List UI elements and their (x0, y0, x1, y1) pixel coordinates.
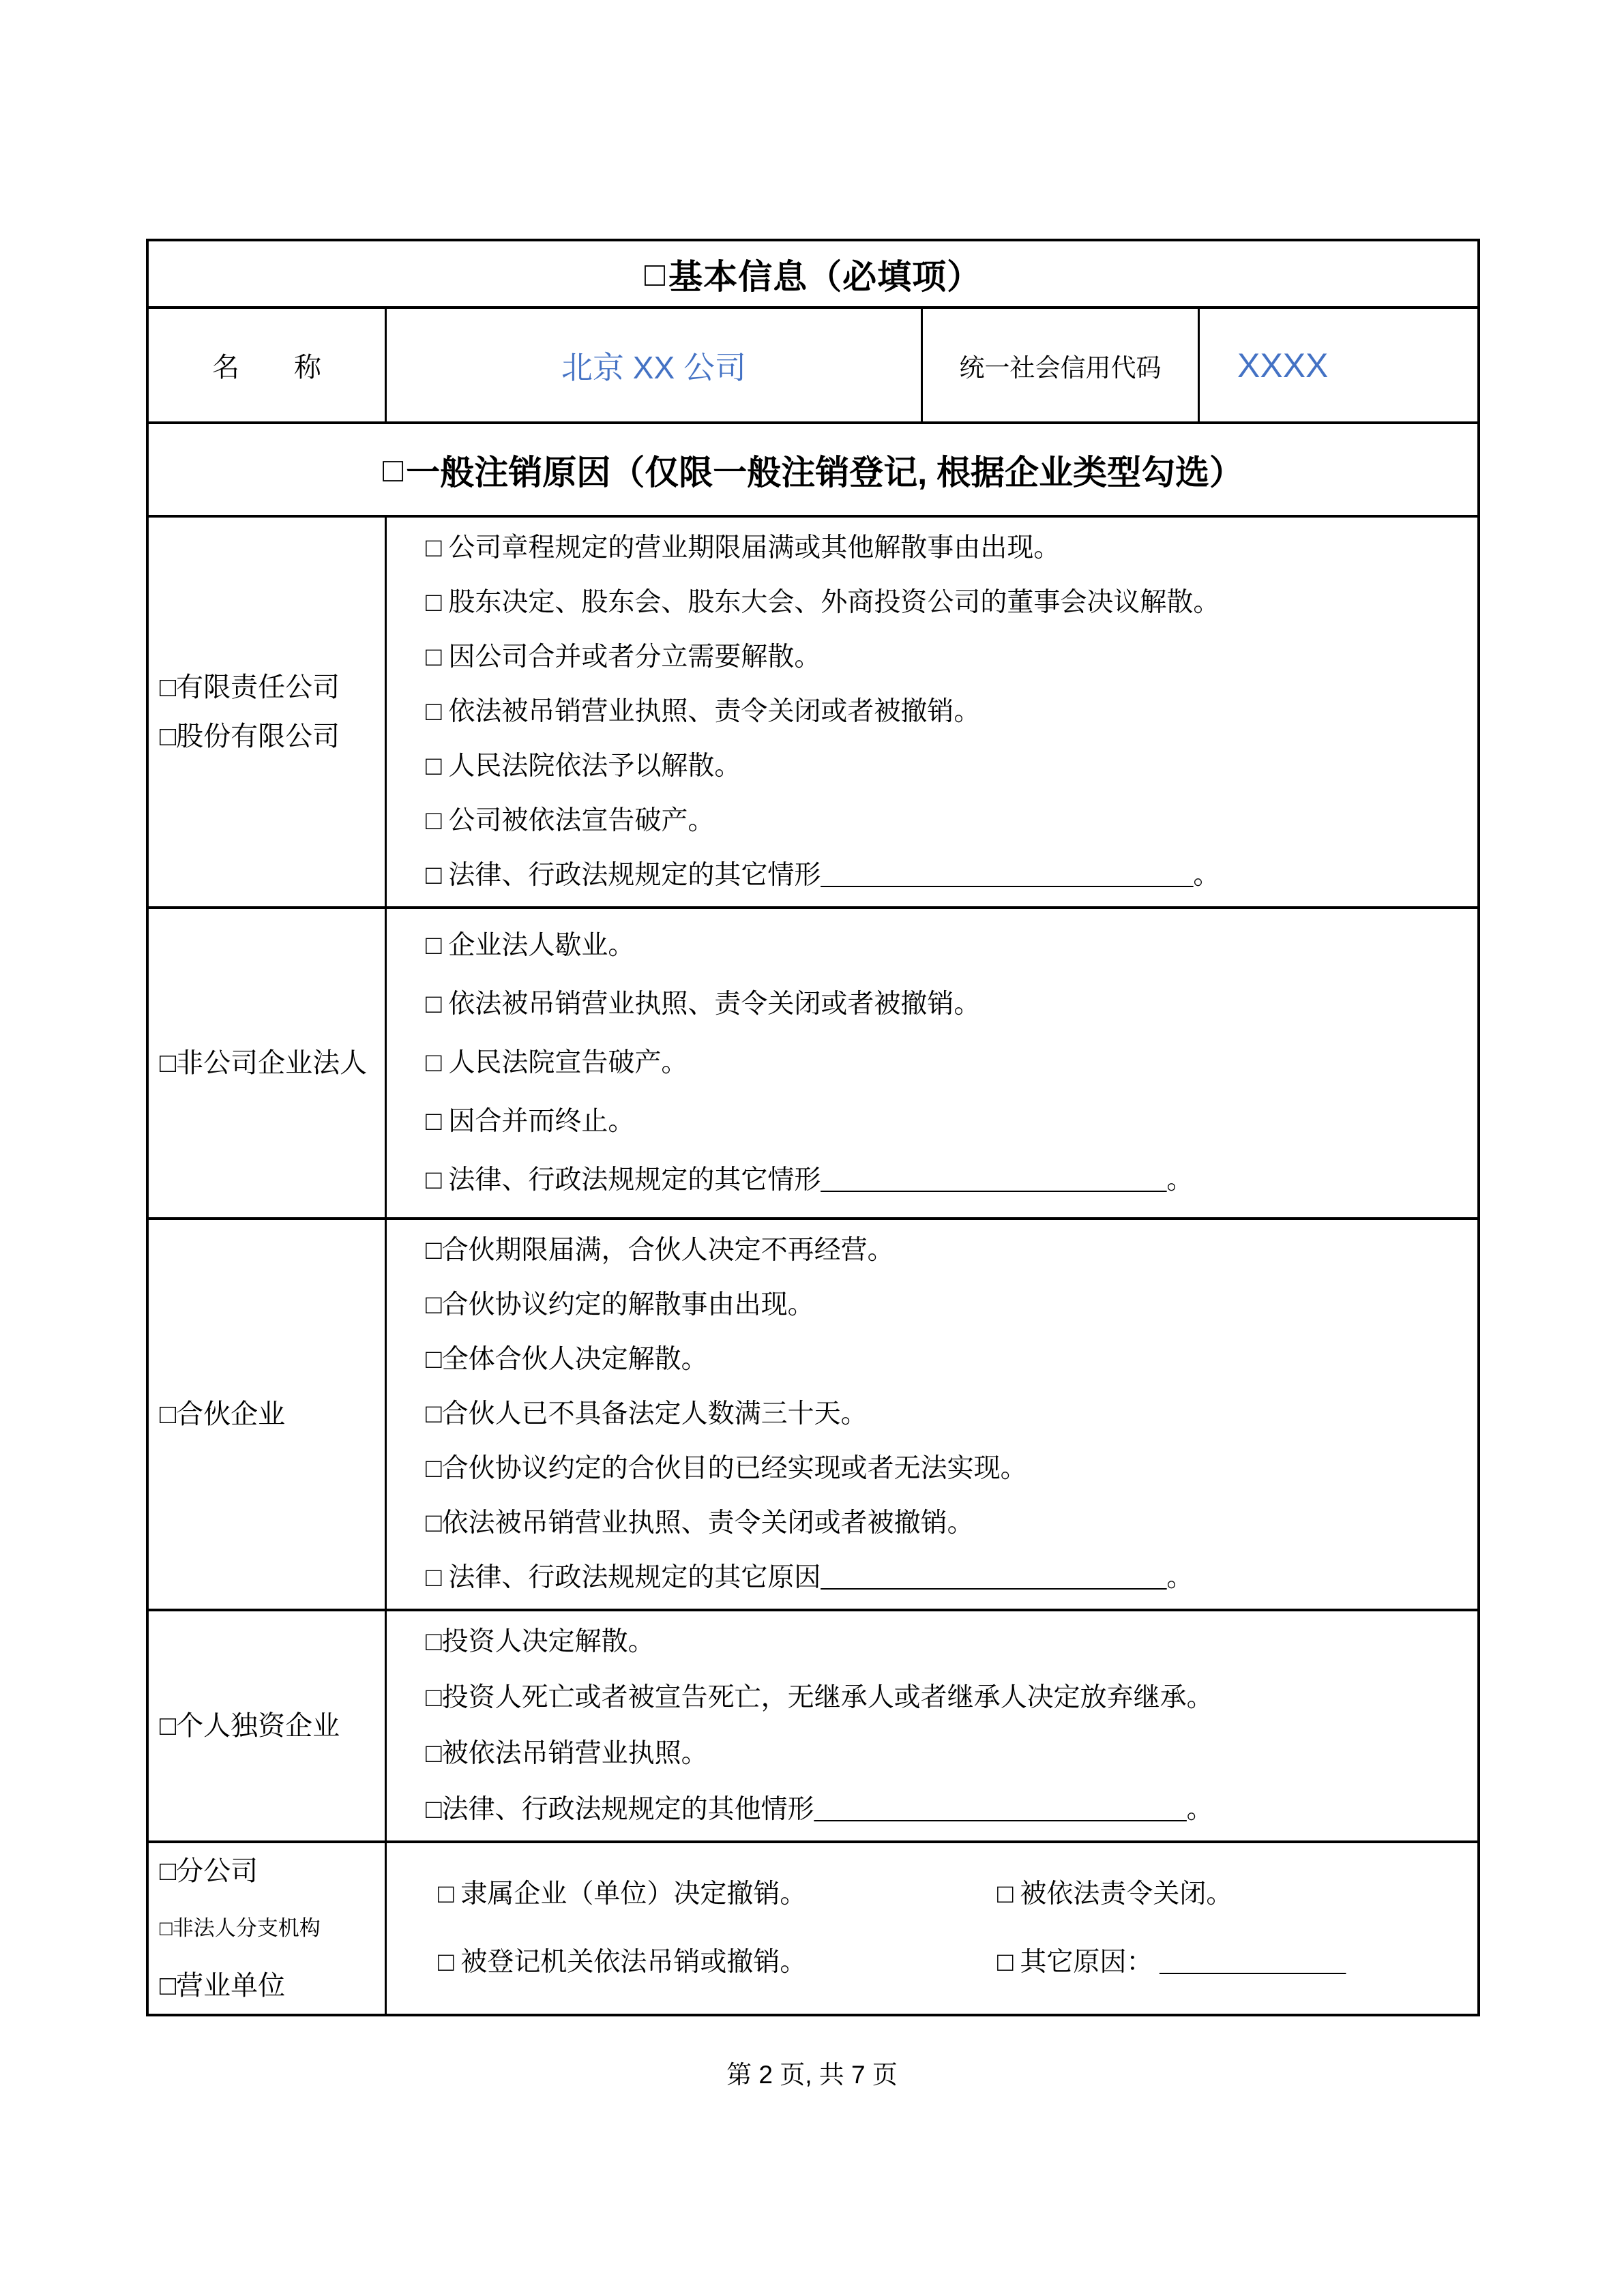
reason-option: □ 依法被吊销营业执照、责令关闭或者被撤销。 (426, 975, 1464, 1034)
deregistration-form-table: □基本信息（必填项） 名 称 北京 XX 公司 统一社会信用代码 XXXX □一… (146, 239, 1480, 2016)
checkbox-icon[interactable]: □ (997, 1948, 1014, 1977)
checkbox-icon[interactable]: □ (383, 450, 403, 490)
reason-text: 投资人决定解散。 (442, 1627, 655, 1656)
basic-info-header-row: □基本信息（必填项） (149, 241, 1477, 306)
checkbox-icon[interactable]: □ (426, 642, 442, 672)
entity-type-cell: □分公司 □非法人分支机构 □营业单位 (149, 1843, 387, 2014)
entity-type-label: 营业单位 (176, 1970, 285, 2001)
checkbox-icon[interactable]: □ (426, 533, 442, 563)
reason-option: □ 其它原因： ______________ (997, 1928, 1346, 1997)
company-name-cell: 北京 XX 公司 (387, 309, 923, 421)
reason-text: 隶属企业（单位）决定撤销。 (454, 1879, 807, 1909)
company-name-value[interactable]: 北京 XX 公司 (561, 343, 746, 388)
reason-text: 投资人死亡或者被宣告死亡，无继承人或者继承人决定放弃继承。 (442, 1683, 1213, 1712)
checkbox-icon[interactable]: □ (426, 1345, 442, 1374)
entity-type-cell: □合伙企业 (149, 1220, 387, 1609)
uscc-label: 统一社会信用代码 (960, 347, 1162, 384)
reason-list: □ 隶属企业（单位）决定撤销。 □ 被依法责令关闭。 □ 被登记机关依法吊销或撤… (387, 1843, 1477, 2014)
checkbox-icon[interactable]: □ (426, 1627, 442, 1656)
checkbox-icon[interactable]: □ (160, 721, 176, 751)
entity-type-label: 非法人分支机构 (173, 1916, 321, 1940)
reason-text: 全体合伙人决定解散。 (442, 1345, 708, 1374)
reason-text: 被依法责令关闭。 (1014, 1879, 1233, 1909)
reason-option: □合伙协议约定的解散事由出现。 (426, 1278, 1464, 1332)
reason-text: 法律、行政法规规定的其他情形__________________________… (442, 1795, 1213, 1824)
entity-type-option: □非法人分支机构 (160, 1900, 385, 1957)
reason-text: 因公司合并或者分立需要解散。 (442, 642, 821, 672)
reason-option: □ 股东决定、股东会、股东大会、外商投资公司的董事会决议解散。 (426, 576, 1464, 630)
reason-option: □合伙人已不具备法定人数满三十天。 (426, 1387, 1464, 1442)
reason-option: □依法被吊销营业执照、责令关闭或者被撤销。 (426, 1496, 1464, 1551)
entity-type-label: 个人独资企业 (176, 1710, 340, 1741)
reason-option: □ 隶属企业（单位）决定撤销。 (438, 1860, 997, 1928)
reason-option: □ 公司章程规定的营业期限届满或其他解散事由出现。 (426, 521, 1464, 576)
checkbox-icon[interactable]: □ (160, 1710, 176, 1741)
entity-type-option: □有限责任公司 (160, 663, 385, 712)
section-non-company-legal-person: □非公司企业法人 □ 企业法人歇业。 □ 依法被吊销营业执照、责令关闭或者被撤销… (149, 906, 1477, 1217)
checkbox-icon[interactable]: □ (160, 1916, 173, 1940)
checkbox-icon[interactable]: □ (160, 1855, 176, 1886)
checkbox-icon[interactable]: □ (160, 1970, 176, 2001)
reason-option: □ 法律、行政法规规定的其它情形________________________… (426, 848, 1464, 903)
entity-type-option: □股份有限公司 (160, 712, 385, 761)
reason-text: 被登记机关依法吊销或撤销。 (454, 1948, 807, 1977)
name-label: 名 称 (212, 346, 321, 385)
reason-option: □ 因公司合并或者分立需要解散。 (426, 630, 1464, 685)
checkbox-icon[interactable]: □ (438, 1879, 454, 1909)
reason-option: □ 公司被依法宣告破产。 (426, 794, 1464, 848)
reason-text: 人民法院宣告破产。 (442, 1048, 688, 1077)
reason-text: 合伙协议约定的解散事由出现。 (442, 1290, 814, 1320)
checkbox-icon[interactable]: □ (426, 1107, 442, 1136)
reason-list: □ 公司章程规定的营业期限届满或其他解散事由出现。 □ 股东决定、股东会、股东大… (387, 518, 1477, 906)
reason-option: □ 被登记机关依法吊销或撤销。 (438, 1928, 997, 1997)
reason-option: □ 法律、行政法规规定的其它原因________________________… (426, 1551, 1464, 1605)
uscc-value-cell: XXXX (1200, 309, 1477, 421)
entity-type-option: □营业单位 (160, 1957, 385, 2014)
checkbox-icon[interactable]: □ (426, 1048, 442, 1077)
section-partnership: □合伙企业 □合伙期限届满，合伙人决定不再经营。 □合伙协议约定的解散事由出现。… (149, 1217, 1477, 1609)
section-branch: □分公司 □非法人分支机构 □营业单位 □ 隶属企业（单位）决定撤销。 □ 被依… (149, 1840, 1477, 2014)
reason-text: 其它原因： ______________ (1014, 1948, 1346, 1977)
reason-option: □ 人民法院依法予以解散。 (426, 739, 1464, 794)
reason-text: 法律、行政法规规定的其它情形__________________________… (442, 1165, 1194, 1195)
reason-text: 依法被吊销营业执照、责令关闭或者被撤销。 (442, 989, 981, 1019)
document-page: □基本信息（必填项） 名 称 北京 XX 公司 统一社会信用代码 XXXX □一… (0, 0, 1624, 2296)
reason-option: □ 因合并而终止。 (426, 1092, 1464, 1151)
reason-text: 合伙协议约定的合伙目的已经实现或者无法实现。 (442, 1454, 1027, 1483)
reason-option: □法律、行政法规规定的其他情形_________________________… (426, 1782, 1464, 1838)
checkbox-icon[interactable]: □ (160, 1047, 176, 1078)
checkbox-icon[interactable]: □ (438, 1948, 454, 1977)
section-sole-proprietorship: □个人独资企业 □投资人决定解散。 □投资人死亡或者被宣告死亡，无继承人或者继承… (149, 1609, 1477, 1840)
entity-type-cell: □非公司企业法人 (149, 909, 387, 1217)
basic-info-title: 基本信息（必填项） (668, 250, 981, 299)
checkbox-icon[interactable]: □ (426, 1165, 442, 1195)
checkbox-icon[interactable]: □ (426, 861, 442, 890)
reason-text: 法律、行政法规规定的其它原因__________________________… (442, 1563, 1194, 1592)
entity-type-label: 分公司 (176, 1855, 258, 1886)
checkbox-icon[interactable]: □ (426, 1508, 442, 1538)
reason-option: □ 法律、行政法规规定的其它情形________________________… (426, 1151, 1464, 1210)
reason-text: 依法被吊销营业执照、责令关闭或者被撤销。 (442, 697, 981, 726)
checkbox-icon[interactable]: □ (426, 806, 442, 835)
general-reason-header-row: □一般注销原因（仅限一般注销登记, 根据企业类型勾选） (149, 421, 1477, 515)
checkbox-icon[interactable]: □ (426, 1795, 442, 1824)
reason-text: 法律、行政法规规定的其它情形__________________________… (442, 861, 1220, 890)
checkbox-icon[interactable]: □ (426, 1739, 442, 1768)
reason-text: 公司被依法宣告破产。 (442, 806, 715, 835)
checkbox-icon[interactable]: □ (426, 1290, 442, 1320)
checkbox-icon[interactable]: □ (160, 672, 176, 702)
reason-option: □ 被依法责令关闭。 (997, 1860, 1232, 1928)
checkbox-icon[interactable]: □ (426, 1454, 442, 1483)
reason-option: □ 人民法院宣告破产。 (426, 1034, 1464, 1092)
entity-type-cell: □有限责任公司 □股份有限公司 (149, 518, 387, 906)
reason-option: □ 依法被吊销营业执照、责令关闭或者被撤销。 (426, 685, 1464, 739)
reason-text: 企业法人歇业。 (442, 931, 635, 960)
checkbox-icon[interactable]: □ (426, 1399, 442, 1429)
general-reason-title: 一般注销原因（仅限一般注销登记, 根据企业类型勾选） (406, 445, 1243, 494)
section-limited-company: □有限责任公司 □股份有限公司 □ 公司章程规定的营业期限届满或其他解散事由出现… (149, 515, 1477, 906)
checkbox-icon[interactable]: □ (426, 697, 442, 726)
checkbox-icon[interactable]: □ (426, 989, 442, 1019)
reason-text: 被依法吊销营业执照。 (442, 1739, 708, 1768)
reason-text: 合伙期限届满，合伙人决定不再经营。 (442, 1236, 894, 1265)
entity-type-label: 有限责任公司 (176, 672, 340, 702)
entity-type-label: 股份有限公司 (176, 721, 340, 751)
reason-text: 依法被吊销营业执照、责令关闭或者被撤销。 (442, 1508, 974, 1538)
checkbox-icon[interactable]: □ (426, 1236, 442, 1265)
reason-text: 合伙人已不具备法定人数满三十天。 (442, 1399, 868, 1429)
reason-text: 人民法院依法予以解散。 (442, 751, 741, 781)
reason-list: □投资人决定解散。 □投资人死亡或者被宣告死亡，无继承人或者继承人决定放弃继承。… (387, 1611, 1477, 1840)
reason-option: □投资人死亡或者被宣告死亡，无继承人或者继承人决定放弃继承。 (426, 1670, 1464, 1726)
reason-list: □ 企业法人歇业。 □ 依法被吊销营业执照、责令关闭或者被撤销。 □ 人民法院宣… (387, 909, 1477, 1217)
entity-type-option: □分公司 (160, 1843, 385, 1900)
name-label-cell: 名 称 (149, 309, 387, 421)
checkbox-icon[interactable]: □ (426, 751, 442, 781)
checkbox-icon[interactable]: □ (426, 931, 442, 960)
entity-type-option: □个人独资企业 (160, 1701, 385, 1750)
entity-type-cell: □个人独资企业 (149, 1611, 387, 1840)
page-number: 第 2 页, 共 7 页 (0, 2054, 1624, 2091)
reason-list: □合伙期限届满，合伙人决定不再经营。 □合伙协议约定的解散事由出现。 □全体合伙… (387, 1220, 1477, 1609)
uscc-value[interactable]: XXXX (1237, 346, 1328, 385)
reason-option: □合伙协议约定的合伙目的已经实现或者无法实现。 (426, 1442, 1464, 1496)
entity-type-label: 非公司企业法人 (176, 1047, 367, 1078)
reason-text: 因合并而终止。 (442, 1107, 635, 1136)
checkbox-icon[interactable]: □ (426, 1563, 442, 1592)
checkbox-icon[interactable]: □ (997, 1879, 1014, 1909)
entity-type-option: □合伙企业 (160, 1390, 385, 1439)
entity-type-label: 合伙企业 (176, 1399, 285, 1429)
reason-text: 股东决定、股东会、股东大会、外商投资公司的董事会决议解散。 (442, 588, 1220, 617)
reason-option: □投资人决定解散。 (426, 1614, 1464, 1670)
name-row: 名 称 北京 XX 公司 统一社会信用代码 XXXX (149, 306, 1477, 421)
checkbox-icon[interactable]: □ (426, 588, 442, 617)
reason-option: □ 企业法人歇业。 (426, 916, 1464, 975)
reason-text: 公司章程规定的营业期限届满或其他解散事由出现。 (442, 533, 1061, 563)
checkbox-icon[interactable]: □ (645, 254, 666, 294)
reason-option: □被依法吊销营业执照。 (426, 1726, 1464, 1782)
uscc-label-cell: 统一社会信用代码 (923, 309, 1200, 421)
reason-option: □全体合伙人决定解散。 (426, 1332, 1464, 1387)
checkbox-icon[interactable]: □ (160, 1399, 176, 1429)
entity-type-option: □非公司企业法人 (160, 1039, 385, 1088)
reason-option: □合伙期限届满，合伙人决定不再经营。 (426, 1223, 1464, 1278)
checkbox-icon[interactable]: □ (426, 1683, 442, 1712)
